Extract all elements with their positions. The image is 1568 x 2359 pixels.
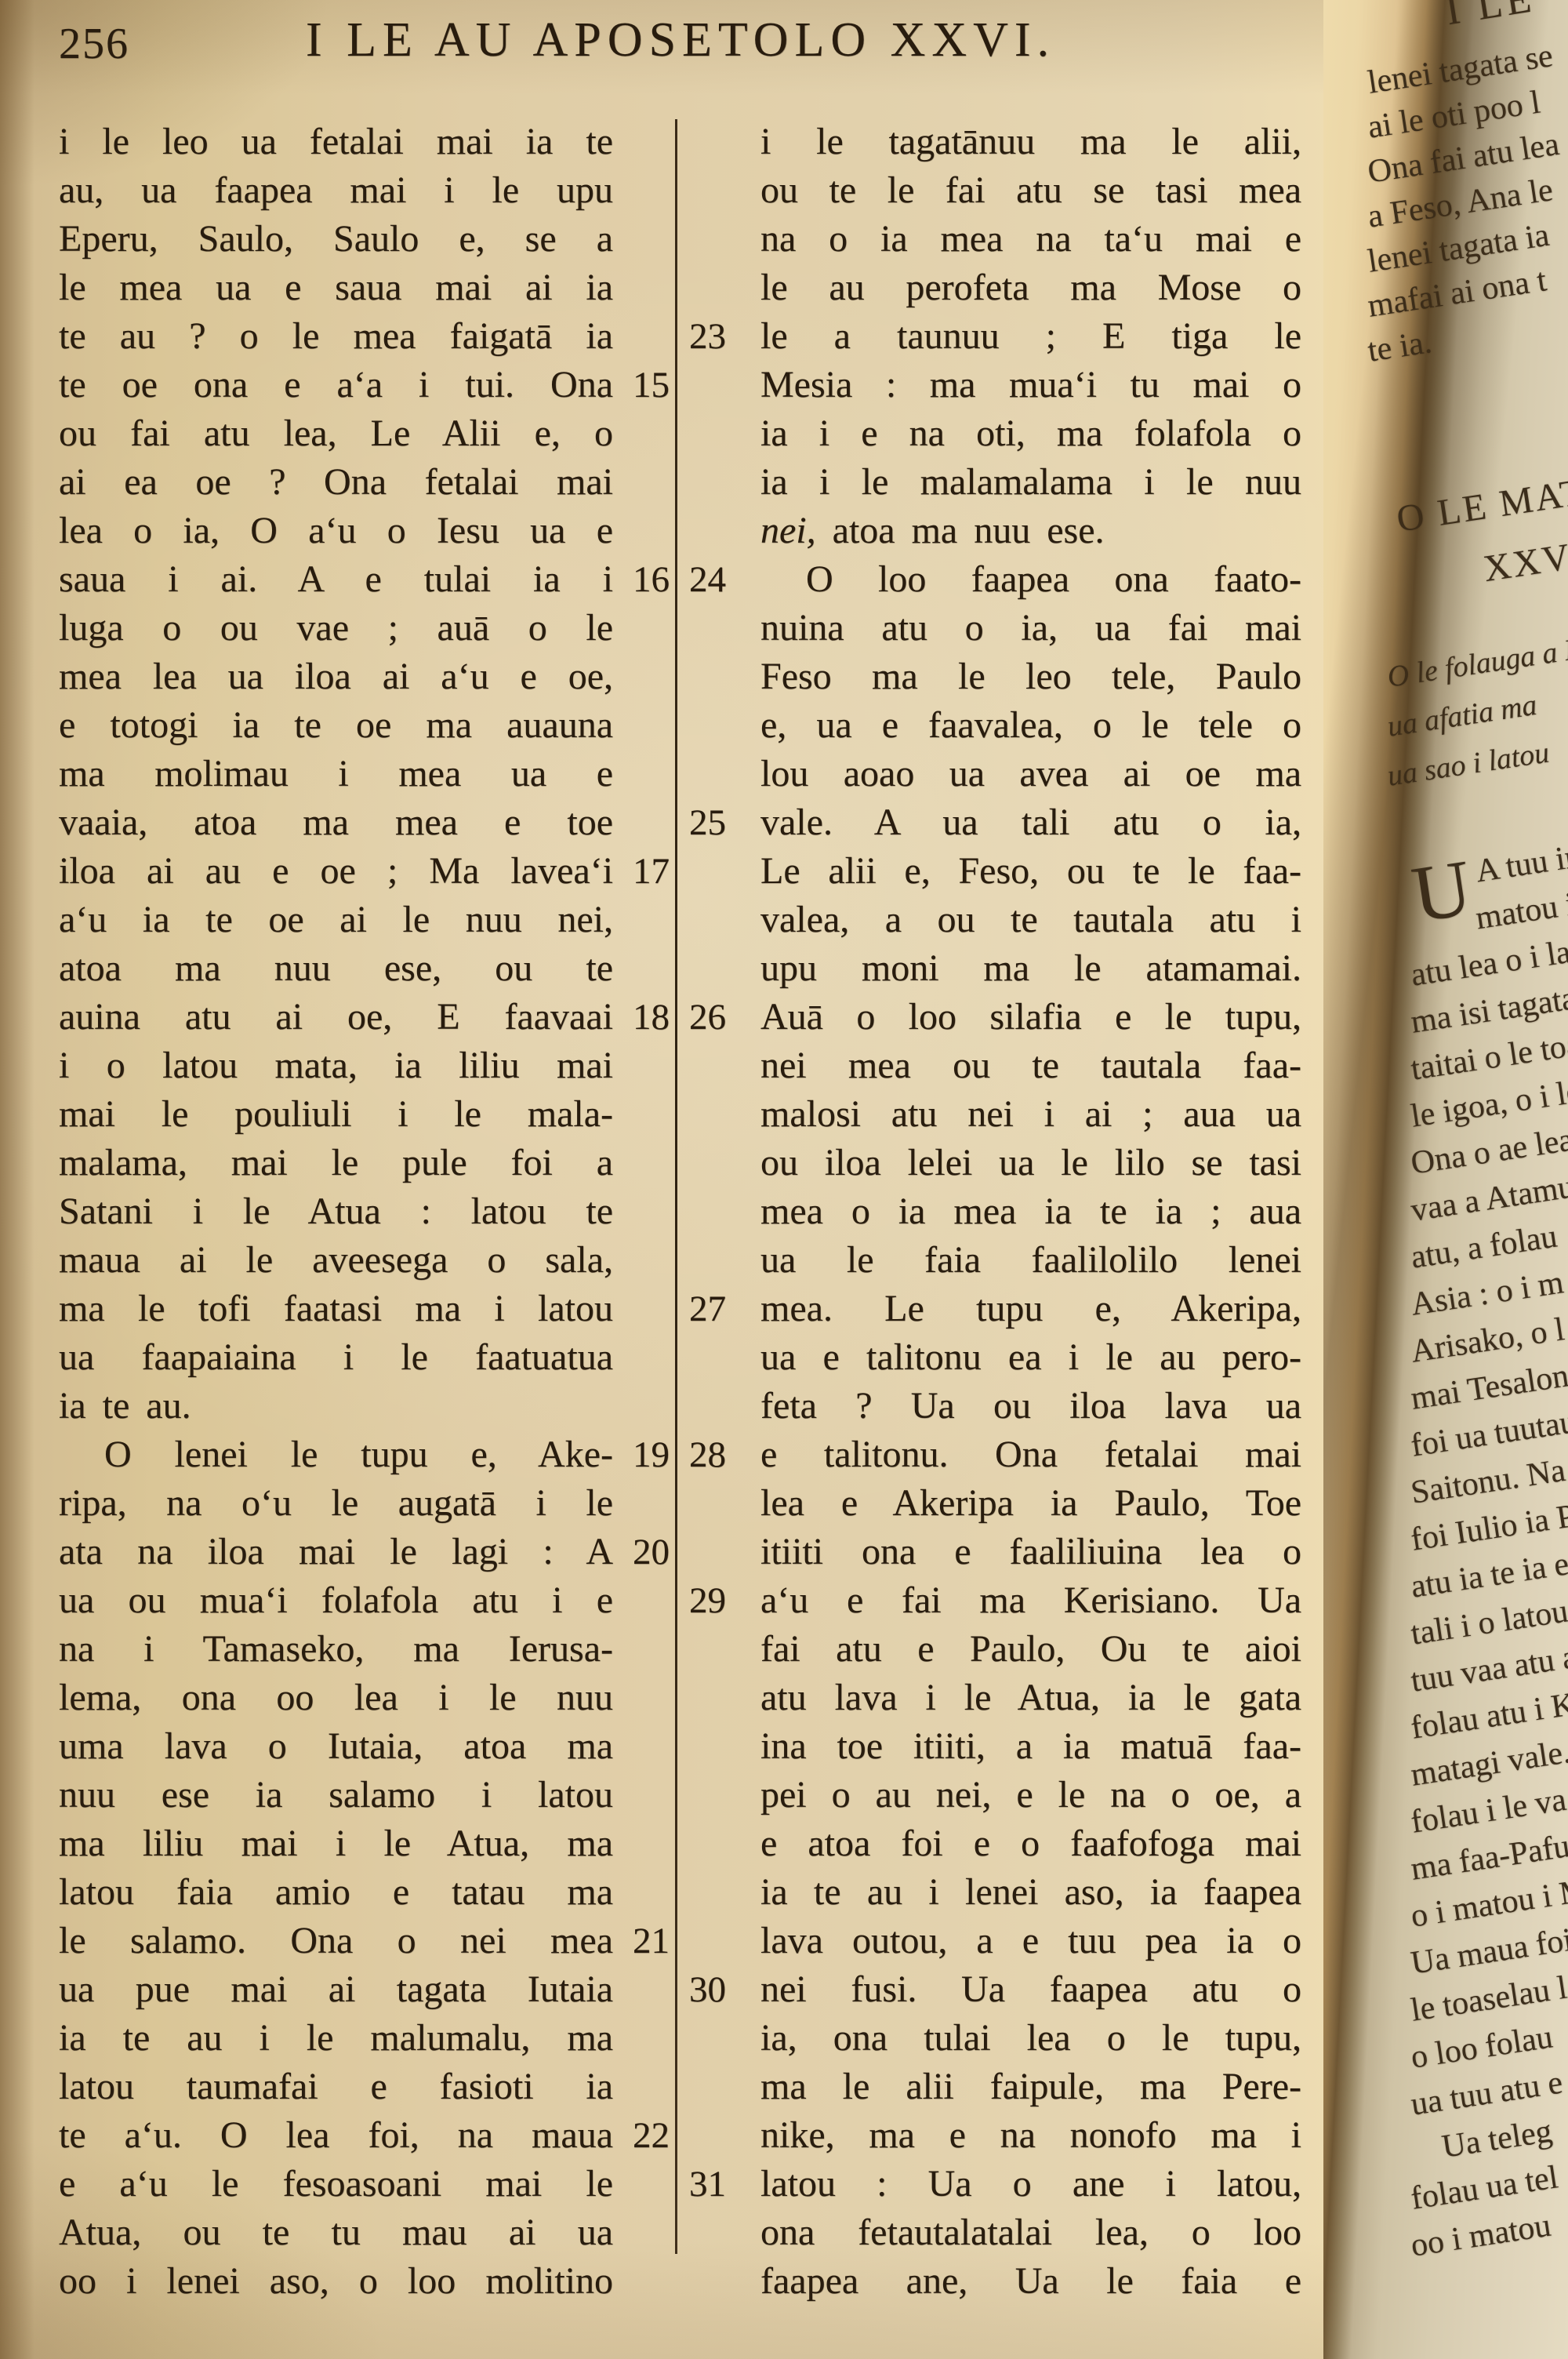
verse-number: 22: [613, 2111, 670, 2160]
text-line-row: ma le tofi faatasi ma i latou: [59, 1285, 670, 1333]
text-line-row: te au ? o le mea faigatā ia: [59, 312, 670, 361]
text-line-row: ua faapaiaina i le faatuatua: [59, 1333, 670, 1382]
text-line-row: ia i le malamalama i le nuu: [684, 458, 1301, 507]
text-line-row: iloa ai au e oe ; Ma lavea‘i17: [59, 847, 670, 896]
verse-number: 19: [613, 1430, 670, 1479]
verse-text-line: atoa ma nuu ese, ou te: [59, 944, 613, 993]
text-line-row: luga o ou vae ; auā o le: [59, 604, 670, 652]
verse-text-line: Satani i le Atua : latou te: [59, 1187, 613, 1236]
verse-text-line: e a‘u le fesoasoani mai le: [59, 2160, 613, 2208]
verse-text-line: lava outou, a e tuu pea ia o: [760, 1917, 1301, 1965]
verse-text-line: le mea ua e saua mai ai ia: [59, 264, 613, 312]
verse-text-line: i le leo ua fetalai mai ia te: [59, 118, 613, 166]
verse-text-line: ma le alii faipule, ma Pere-: [760, 2063, 1301, 2111]
verse-text-line: pei o au nei, e le na o oe, a: [760, 1771, 1301, 1819]
text-line-row: 31latou : Ua o ane i latou,: [684, 2160, 1301, 2208]
text-line-row: ona fetautalatalai lea, o loo: [684, 2208, 1301, 2257]
verse-number: 15: [613, 361, 670, 409]
verse-text-line: ia i e na oti, ma folafola o: [760, 409, 1301, 458]
verse-number: 31: [684, 2160, 760, 2208]
facing-group-heading: O LE MATXXV: [1397, 489, 1568, 614]
verse-text-line: e, ua e faavalea, o le tele o: [760, 701, 1301, 750]
text-line-row: e a‘u le fesoasoani mai le: [59, 2160, 670, 2208]
text-line-row: lava outou, a e tuu pea ia o: [684, 1917, 1301, 1965]
verse-text-line: te au ? o le mea faigatā ia: [59, 312, 613, 361]
verse-text-line: ua e talitonu ea i le au pero-: [760, 1333, 1301, 1382]
text-line-row: maua ai le aveesega o sala,: [59, 1236, 670, 1285]
text-line-row: e atoa foi e o faafofoga mai: [684, 1819, 1301, 1868]
text-line-row: ai ea oe ? Ona fetalai mai: [59, 458, 670, 507]
verse-text-line: na o ia mea na ta‘u mai e: [760, 215, 1301, 264]
running-head: 256 I LE AU APOSETOLO XXVI.: [59, 13, 1302, 75]
column-divider-rule: [675, 119, 677, 2254]
text-line-row: le salamo. Ona o nei mea21: [59, 1917, 670, 1965]
page-number: 256: [59, 19, 129, 69]
verse-text-line: ma molimau i mea ua e: [59, 750, 613, 798]
text-line-row: ata na iloa mai le lagi : A20: [59, 1528, 670, 1576]
text-line-row: ma molimau i mea ua e: [59, 750, 670, 798]
verse-number: 30: [684, 1965, 760, 2014]
verse-text-line: i le tagatānuu ma le alii,: [760, 118, 1301, 166]
text-line-row: ia te au i le malumalu, ma: [59, 2014, 670, 2063]
text-line-row: nei mea ou te tautala faa-: [684, 1041, 1301, 1090]
verse-text-line: te oe ona e a‘a i tui. Ona: [59, 361, 613, 409]
verse-number: 18: [613, 993, 670, 1041]
verse-text-line: Eperu, Saulo, Saulo e, se a: [59, 215, 613, 264]
verse-text-line: ma liliu mai i le Atua, ma: [59, 1819, 613, 1868]
facing-group-verse: lenei tagata seai le oti poo lOna fai at…: [1368, 61, 1568, 374]
text-line-row: i le leo ua fetalai mai ia te: [59, 118, 670, 166]
text-line-row: 25vale. A ua tali atu o ia,: [684, 798, 1301, 847]
text-line-row: mea lea ua iloa ai a‘u e oe,: [59, 652, 670, 701]
verse-text-line: Auā o loo silafia e le tupu,: [760, 993, 1301, 1041]
verse-text-line: lea o ia, O a‘u o Iesu ua e: [59, 507, 613, 555]
text-line-row: uma lava o Iutaia, atoa ma: [59, 1722, 670, 1771]
text-line-row: pei o au nei, e le na o oe, a: [684, 1771, 1301, 1819]
verse-number: 21: [613, 1917, 670, 1965]
text-line-row: Satani i le Atua : latou te: [59, 1187, 670, 1236]
verse-text-line: au, ua faapea mai i le upu: [59, 166, 613, 215]
text-line-row: Mesia : ma mua‘i tu mai o: [684, 361, 1301, 409]
text-line-row: ma le alii faipule, ma Pere-: [684, 2063, 1301, 2111]
verse-text-line: e atoa foi e o faafofoga mai: [760, 1819, 1301, 1868]
verse-text-line: nuina atu o ia, ua fai mai: [760, 604, 1301, 652]
verse-text-line: saua i ai. A e tulai ia i: [59, 555, 613, 604]
verse-text-line: nei mea ou te tautala faa-: [760, 1041, 1301, 1090]
verse-text-line: ou fai atu lea, Le Alii e, o: [59, 409, 613, 458]
text-line-row: 30nei fusi. Ua faapea atu o: [684, 1965, 1301, 2014]
text-line-row: atoa ma nuu ese, ou te: [59, 944, 670, 993]
text-line-row: 27mea. Le tupu e, Akeripa,: [684, 1285, 1301, 1333]
verse-text-line: ona fetautalatalai lea, o loo: [760, 2208, 1301, 2257]
text-line-row: malosi atu nei i ai ; aua ua: [684, 1090, 1301, 1139]
verse-text-line: lema, ona oo lea i le nuu: [59, 1674, 613, 1722]
verse-text-line: malama, mai le pule foi a: [59, 1139, 613, 1187]
verse-text-line: ma le tofi faatasi ma i latou: [59, 1285, 613, 1333]
text-line-row: mea o ia mea ia te ia ; aua: [684, 1187, 1301, 1236]
verse-text-line: ripa, na o‘u le augatā i le: [59, 1479, 613, 1528]
verse-text-line: O lenei le tupu e, Ake-: [59, 1430, 613, 1479]
verse-text-line: fai atu e Paulo, Ou te aioi: [760, 1625, 1301, 1674]
verse-text-line: ia, ona tulai lea o le tupu,: [760, 2014, 1301, 2063]
verse-text-line: latou faia amio e tatau ma: [59, 1868, 613, 1917]
verse-text-line: malosi atu nei i ai ; aua ua: [760, 1090, 1301, 1139]
verse-text-line: na i Tamaseko, ma Ierusa-: [59, 1625, 613, 1674]
text-line-row: atu lava i le Atua, ia le gata: [684, 1674, 1301, 1722]
verse-text-line: ia te au i le malumalu, ma: [59, 2014, 613, 2063]
verse-text-line: le a taunuu ; E tiga le: [760, 312, 1301, 361]
verse-number: 29: [684, 1576, 760, 1625]
text-line-row: ripa, na o‘u le augatā i le: [59, 1479, 670, 1528]
text-line-row: te a‘u. O lea foi, na maua22: [59, 2111, 670, 2160]
text-line-row: oo i lenei aso, o loo molitino: [59, 2257, 670, 2306]
verse-text-line: mea lea ua iloa ai a‘u e oe,: [59, 652, 613, 701]
text-line-row: ua e talitonu ea i le au pero-: [684, 1333, 1301, 1382]
verse-text-line: le salamo. Ona o nei mea: [59, 1917, 613, 1965]
book-scan: 256 I LE AU APOSETOLO XXVI. i le leo ua …: [0, 0, 1568, 2359]
verse-text-line: ia te au i lenei aso, ia faapea: [760, 1868, 1301, 1917]
verse-number: 27: [684, 1285, 760, 1333]
verse-text-line: ou iloa lelei ua le lilo se tasi: [760, 1139, 1301, 1187]
text-line-row: ou te le fai atu se tasi mea: [684, 166, 1301, 215]
text-line-row: 26Auā o loo silafia e le tupu,: [684, 993, 1301, 1041]
text-line-row: faapea ane, Ua le faia e: [684, 2257, 1301, 2306]
text-line-row: e totogi ia te oe ma auauna: [59, 701, 670, 750]
text-line-row: lea o ia, O a‘u o Iesu ua e: [59, 507, 670, 555]
text-line-row: upu moni ma le atamamai.: [684, 944, 1301, 993]
verse-text-line: ia te au.: [59, 1382, 613, 1430]
right-text-column: i le tagatānuu ma le alii,ou te le fai a…: [684, 118, 1301, 2306]
verse-number: 25: [684, 798, 760, 847]
verse-number: 28: [684, 1430, 760, 1479]
verse-text-line: ua pue mai ai tagata Iutaia: [59, 1965, 613, 2014]
text-line-row: le mea ua e saua mai ai ia: [59, 264, 670, 312]
text-line-row: 29a‘u e fai ma Kerisiano. Ua: [684, 1576, 1301, 1625]
text-line-row: au, ua faapea mai i le upu: [59, 166, 670, 215]
text-line-row: ina toe itiiti, a ia matuā faa-: [684, 1722, 1301, 1771]
facing-group-body: UA tuu inamatou i Itatu lea o i lama isi…: [1411, 858, 1568, 2270]
verse-text-line: nei fusi. Ua faapea atu o: [760, 1965, 1301, 2014]
text-line-row: ua pue mai ai tagata Iutaia: [59, 1965, 670, 2014]
verse-number: 16: [613, 555, 670, 604]
verse-text-line: mai le pouliuli i le mala-: [59, 1090, 613, 1139]
facing-page-text: lenei tagata seai le oti poo lOna fai at…: [1411, 61, 1568, 2270]
verse-text-line: atu lava i le Atua, ia le gata: [760, 1674, 1301, 1722]
verse-text-line: Le alii e, Feso, ou te le faa-: [760, 847, 1301, 896]
verse-text-line: Mesia : ma mua‘i tu mai o: [760, 361, 1301, 409]
verse-text-line: le au perofeta ma Mose o: [760, 264, 1301, 312]
text-line-row: ma liliu mai i le Atua, ma: [59, 1819, 670, 1868]
verse-text-line: vaaia, atoa ma mea e toe: [59, 798, 613, 847]
text-line-row: i le tagatānuu ma le alii,: [684, 118, 1301, 166]
text-line-row: mai le pouliuli i le mala-: [59, 1090, 670, 1139]
text-line-row: Atua, ou te tu mau ai ua: [59, 2208, 670, 2257]
verse-text-line: a‘u e fai ma Kerisiano. Ua: [760, 1576, 1301, 1625]
text-line-row: nuina atu o ia, ua fai mai: [684, 604, 1301, 652]
verse-text-line: ou te le fai atu se tasi mea: [760, 166, 1301, 215]
text-line-row: ia i e na oti, ma folafola o: [684, 409, 1301, 458]
text-line-row: le au perofeta ma Mose o: [684, 264, 1301, 312]
text-line-row: malama, mai le pule foi a: [59, 1139, 670, 1187]
text-line-row: 28e talitonu. Ona fetalai mai: [684, 1430, 1301, 1479]
verse-text-line: oo i lenei aso, o loo molitino: [59, 2257, 613, 2306]
verse-text-line: uma lava o Iutaia, atoa ma: [59, 1722, 613, 1771]
text-line-row: nei, atoa ma nuu ese.: [684, 507, 1301, 555]
text-line-row: Eperu, Saulo, Saulo e, se a: [59, 215, 670, 264]
text-line-row: ia te au i lenei aso, ia faapea: [684, 1868, 1301, 1917]
text-line-row: nike, ma e na nonofo ma i: [684, 2111, 1301, 2160]
text-line-row: 24O loo faapea ona faato-: [684, 555, 1301, 604]
text-line-row: te oe ona e a‘a i tui. Ona15: [59, 361, 670, 409]
verse-text-line: latou : Ua o ane i latou,: [760, 2160, 1301, 2208]
text-line-row: ua ou mua‘i folafola atu i e: [59, 1576, 670, 1625]
verse-text-line: i o latou mata, ia liliu mai: [59, 1041, 613, 1090]
text-line-row: feta ? Ua ou iloa lava ua: [684, 1382, 1301, 1430]
verse-text-line: faapea ane, Ua le faia e: [760, 2257, 1301, 2306]
verse-text-line: ua le faia faalilolilo lenei: [760, 1236, 1301, 1285]
text-line-row: e, ua e faavalea, o le tele o: [684, 701, 1301, 750]
text-line-row: valea, a ou te tautala atu i: [684, 896, 1301, 944]
verse-text-line: nike, ma e na nonofo ma i: [760, 2111, 1301, 2160]
verse-text-line: lou aoao ua avea ai oe ma: [760, 750, 1301, 798]
verse-number: 17: [613, 847, 670, 896]
text-line-row: ia te au.: [59, 1382, 670, 1430]
verse-text-line: maua ai le aveesega o sala,: [59, 1236, 613, 1285]
verse-text-line: e talitonu. Ona fetalai mai: [760, 1430, 1301, 1479]
text-line-row: na o ia mea na ta‘u mai e: [684, 215, 1301, 264]
text-line-row: lema, ona oo lea i le nuu: [59, 1674, 670, 1722]
text-line-row: latou taumafai e fasioti ia: [59, 2063, 670, 2111]
text-line-row: 23le a taunuu ; E tiga le: [684, 312, 1301, 361]
verse-number: 26: [684, 993, 760, 1041]
verse-text-line: nei, atoa ma nuu ese.: [760, 507, 1301, 555]
text-line-row: Feso ma le leo tele, Paulo: [684, 652, 1301, 701]
text-line-row: nuu ese ia salamo i latou: [59, 1771, 670, 1819]
text-line-row: lou aoao ua avea ai oe ma: [684, 750, 1301, 798]
text-line-row: ua le faia faalilolilo lenei: [684, 1236, 1301, 1285]
text-line-row: i o latou mata, ia liliu mai: [59, 1041, 670, 1090]
text-line-row: vaaia, atoa ma mea e toe: [59, 798, 670, 847]
verse-text-line: mea o ia mea ia te ia ; aua: [760, 1187, 1301, 1236]
verse-text-line: ai ea oe ? Ona fetalai mai: [59, 458, 613, 507]
text-line-row: ia, ona tulai lea o le tupu,: [684, 2014, 1301, 2063]
verse-text-line: Atua, ou te tu mau ai ua: [59, 2208, 613, 2257]
verse-text-line: a‘u ia te oe ai le nuu nei,: [59, 896, 613, 944]
verse-text-line: auina atu ai oe, E faavaai: [59, 993, 613, 1041]
text-line-row: na i Tamaseko, ma Ierusa-: [59, 1625, 670, 1674]
verse-text-line: e totogi ia te oe ma auauna: [59, 701, 613, 750]
verse-text-line: ata na iloa mai le lagi : A: [59, 1528, 613, 1576]
text-line-row: O lenei le tupu e, Ake-19: [59, 1430, 670, 1479]
verse-text-line: upu moni ma le atamamai.: [760, 944, 1301, 993]
verse-text-line: Feso ma le leo tele, Paulo: [760, 652, 1301, 701]
verse-number: 20: [613, 1528, 670, 1576]
verse-text-line: nuu ese ia salamo i latou: [59, 1771, 613, 1819]
verse-text-line: ua faapaiaina i le faatuatua: [59, 1333, 613, 1382]
verse-text-line: feta ? Ua ou iloa lava ua: [760, 1382, 1301, 1430]
text-line-row: a‘u ia te oe ai le nuu nei,: [59, 896, 670, 944]
text-line-row: saua i ai. A e tulai ia i16: [59, 555, 670, 604]
verse-text-line: vale. A ua tali atu o ia,: [760, 798, 1301, 847]
verse-text-line: luga o ou vae ; auā o le: [59, 604, 613, 652]
verse-number: 23: [684, 312, 760, 361]
text-line-row: ou fai atu lea, Le Alii e, o: [59, 409, 670, 458]
verse-text-line: lea e Akeripa ia Paulo, Toe: [760, 1479, 1301, 1528]
verse-text-line: itiiti ona e faaliliuina lea o: [760, 1528, 1301, 1576]
text-line-row: Le alii e, Feso, ou te le faa-: [684, 847, 1301, 896]
text-line-row: ou iloa lelei ua le lilo se tasi: [684, 1139, 1301, 1187]
verse-text-line: te a‘u. O lea foi, na maua: [59, 2111, 613, 2160]
text-line-row: auina atu ai oe, E faavaai18: [59, 993, 670, 1041]
verse-text-line: valea, a ou te tautala atu i: [760, 896, 1301, 944]
text-line-row: lea e Akeripa ia Paulo, Toe: [684, 1479, 1301, 1528]
left-text-column: i le leo ua fetalai mai ia teau, ua faap…: [59, 118, 670, 2306]
text-line-row: latou faia amio e tatau ma: [59, 1868, 670, 1917]
text-line-row: itiiti ona e faaliliuina lea o: [684, 1528, 1301, 1576]
facing-group-summary: O le folauga a Pua afatia maua sao i lat…: [1388, 653, 1568, 801]
facing-running-head-fragment: I LE: [1443, 0, 1538, 35]
verse-text-line: ina toe itiiti, a ia matuā faa-: [760, 1722, 1301, 1771]
verse-text-line: mea. Le tupu e, Akeripa,: [760, 1285, 1301, 1333]
facing-page-edge: I LE lenei tagata seai le oti poo lOna f…: [1323, 0, 1568, 2359]
text-line-row: fai atu e Paulo, Ou te aioi: [684, 1625, 1301, 1674]
verse-number: 24: [684, 555, 760, 604]
verse-text-line: latou taumafai e fasioti ia: [59, 2063, 613, 2111]
verse-text-line: iloa ai au e oe ; Ma lavea‘i: [59, 847, 613, 896]
page-title: I LE AU APOSETOLO XXVI.: [59, 13, 1302, 68]
verse-text-line: O loo faapea ona faato-: [760, 555, 1301, 604]
verse-text-line: ia i le malamalama i le nuu: [760, 458, 1301, 507]
verse-text-line: ua ou mua‘i folafola atu i e: [59, 1576, 613, 1625]
